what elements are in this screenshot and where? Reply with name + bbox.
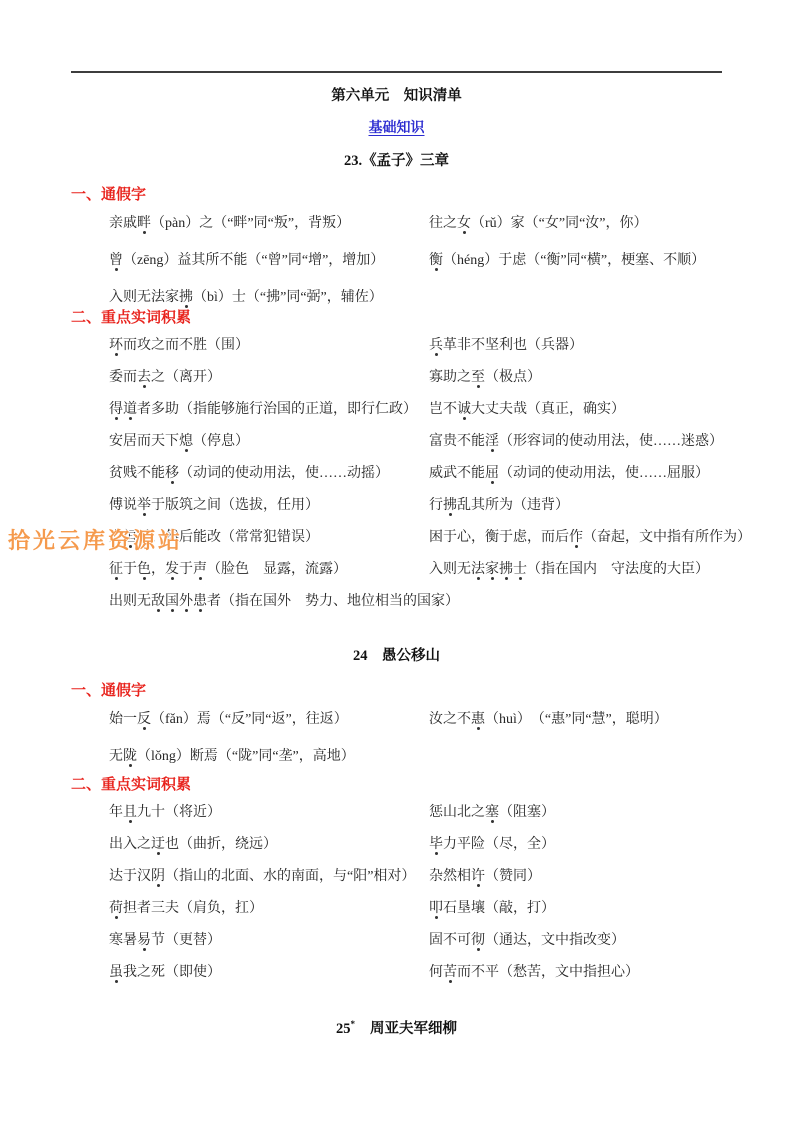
entry-right-text: 惩山北之塞（阻塞） bbox=[429, 803, 555, 823]
entry-row: 征于色，发于声（脸色 显露，流露） 入则无法家拂士（指在国内 守法度的大臣） bbox=[109, 560, 722, 580]
lesson-23-title: 23.《孟子》三章 bbox=[71, 151, 722, 172]
entry-row: 始一反（fǎn）焉（“反”同“返”，往返） 汝之不惠（huì） （“惠”同“慧”… bbox=[109, 710, 722, 730]
entry-row: 出则无敌国外患者（指在国外 势力、地位相当的国家） bbox=[109, 592, 722, 612]
entry-left-text: 出入之迂也（曲折，绕远） bbox=[109, 835, 429, 855]
lesson-24-section-2-entries: 年且九十（将近） 惩山北之塞（阻塞） 出入之迂也（曲折，绕远） 毕力平险（尽，全… bbox=[109, 803, 722, 983]
entry-right-text: 固不可彻（通达，文中指改变） bbox=[429, 931, 625, 951]
document-content: 第六单元 知识清单 基础知识 23.《孟子》三章 一、通假字 亲戚畔（pàn）之… bbox=[0, 0, 793, 1040]
entry-left-text: 入则无法家拂（bì）士（“拂”同“弼”，辅佐） bbox=[109, 288, 429, 308]
lesson-24-title: 24 愚公移山 bbox=[71, 646, 722, 667]
entry-right-text: 毕力平险（尽，全） bbox=[429, 835, 555, 855]
entry-left-text: 出则无敌国外患者（指在国外 势力、地位相当的国家） bbox=[109, 592, 469, 612]
lesson-25-number: 25 bbox=[336, 1021, 351, 1037]
entry-row: 寒暑易节（更替） 固不可彻（通达，文中指改变） bbox=[109, 931, 722, 951]
entry-left-text: 荷担者三夫（肩负，扛） bbox=[109, 899, 429, 919]
document-page: 第六单元 知识清单 基础知识 23.《孟子》三章 一、通假字 亲戚畔（pàn）之… bbox=[0, 0, 793, 1122]
entry-left-text: 征于色，发于声（脸色 显露，流露） bbox=[109, 560, 429, 580]
entry-left-text: 委而去之（离开） bbox=[109, 368, 429, 388]
entry-row: 委而去之（离开） 寡助之至（极点） bbox=[109, 368, 722, 388]
entry-row: 出入之迂也（曲折，绕远） 毕力平险（尽，全） bbox=[109, 835, 722, 855]
entry-left-text: 始一反（fǎn）焉（“反”同“返”，往返） bbox=[109, 710, 429, 730]
entry-left-text: 贫贱不能移（动词的使动用法，使……动摇） bbox=[109, 464, 429, 484]
entry-right-text: 杂然相许（赞同） bbox=[429, 867, 541, 887]
entry-right-text: 行拂乱其所为（违背） bbox=[429, 496, 569, 516]
lesson-23-section-2-entries: 环而攻之而不胜（围） 兵革非不坚利也（兵器） 委而去之（离开） 寡助之至（极点）… bbox=[109, 336, 722, 612]
lesson-24-section-2-heading: 二、重点实词积累 bbox=[71, 775, 722, 795]
entry-row: 环而攻之而不胜（围） 兵革非不坚利也（兵器） bbox=[109, 336, 722, 356]
entry-row: 虽我之死（即使） 何苦而不平（愁苦，文中指担心） bbox=[109, 963, 722, 983]
entry-right-text: 衡（héng）于虑（“衡”同“横”，梗塞、不顺） bbox=[429, 251, 705, 271]
entry-row: 人恒过，然后能改（常常犯错误） 困于心，衡于虑，而后作（奋起，文中指有所作为） bbox=[109, 528, 722, 548]
subtitle-link[interactable]: 基础知识 bbox=[369, 121, 425, 136]
entry-left-text: 安居而天下熄（停息） bbox=[109, 432, 429, 452]
entry-right-text: 叩石垦壤（敲，打） bbox=[429, 899, 555, 919]
header-rule bbox=[71, 71, 722, 73]
lesson-23-section-1-heading: 一、通假字 bbox=[71, 185, 722, 205]
entry-right-text: 往之女（rǔ）家（“女”同“汝”，你） bbox=[429, 214, 648, 234]
entry-row: 荷担者三夫（肩负，扛） 叩石垦壤（敲，打） bbox=[109, 899, 722, 919]
entry-left-text: 虽我之死（即使） bbox=[109, 963, 429, 983]
entry-right-text: 兵革非不坚利也（兵器） bbox=[429, 336, 583, 356]
entry-right-text: 困于心，衡于虑，而后作（奋起，文中指有所作为） bbox=[429, 528, 751, 548]
lesson-24-section-1-entries: 始一反（fǎn）焉（“反”同“返”，往返） 汝之不惠（huì） （“惠”同“慧”… bbox=[109, 710, 722, 767]
lesson-25-name: 周亚夫军细柳 bbox=[370, 1021, 457, 1037]
entry-left-text: 环而攻之而不胜（围） bbox=[109, 336, 429, 356]
lesson-23-section-2-heading: 二、重点实词积累 bbox=[71, 308, 722, 328]
entry-right-text: 富贵不能淫（形容词的使动用法，使……迷惑） bbox=[429, 432, 723, 452]
entry-row: 安居而天下熄（停息） 富贵不能淫（形容词的使动用法，使……迷惑） bbox=[109, 432, 722, 452]
entry-row: 年且九十（将近） 惩山北之塞（阻塞） bbox=[109, 803, 722, 823]
entry-row: 曾（zēng）益其所不能（“曾”同“增”，增加） 衡（héng）于虑（“衡”同“… bbox=[109, 251, 722, 271]
entry-left-text: 得道者多助（指能够施行治国的正道，即行仁政） bbox=[109, 400, 429, 420]
entry-right-text: 威武不能屈（动词的使动用法，使……屈服） bbox=[429, 464, 709, 484]
lesson-23-section-1-entries: 亲戚畔（pàn）之（“畔”同“叛”，背叛） 往之女（rǔ）家（“女”同“汝”，你… bbox=[109, 214, 722, 308]
entry-left-text: 年且九十（将近） bbox=[109, 803, 429, 823]
watermark: 拾光云库资源站 bbox=[8, 524, 183, 555]
entry-row: 傅说举于版筑之间（选拔，任用） 行拂乱其所为（违背） bbox=[109, 496, 722, 516]
entry-row: 得道者多助（指能够施行治国的正道，即行仁政） 岂不诚大丈夫哉（真正，确实） bbox=[109, 400, 722, 420]
entry-left-text: 达于汉阴（指山的北面、水的南面，与“阳”相对） bbox=[109, 867, 429, 887]
entry-right-text: 入则无法家拂士（指在国内 守法度的大臣） bbox=[429, 560, 709, 580]
entry-right-text: 何苦而不平（愁苦，文中指担心） bbox=[429, 963, 639, 983]
entry-left-text: 寒暑易节（更替） bbox=[109, 931, 429, 951]
entry-row: 无陇（lǒng）断焉（“陇”同“垄”，高地） bbox=[109, 747, 722, 767]
entry-left-text: 傅说举于版筑之间（选拔，任用） bbox=[109, 496, 429, 516]
entry-right-text: 汝之不惠（huì） （“惠”同“慧”，聪明） bbox=[429, 710, 668, 730]
subtitle-row: 基础知识 bbox=[71, 119, 722, 139]
entry-left-text: 曾（zēng）益其所不能（“曾”同“增”，增加） bbox=[109, 251, 429, 271]
entry-left-text: 无陇（lǒng）断焉（“陇”同“垄”，高地） bbox=[109, 747, 429, 767]
entry-row: 入则无法家拂（bì）士（“拂”同“弼”，辅佐） bbox=[109, 288, 722, 308]
entry-row: 贫贱不能移（动词的使动用法，使……动摇） 威武不能屈（动词的使动用法，使……屈服… bbox=[109, 464, 722, 484]
entry-row: 达于汉阴（指山的北面、水的南面，与“阳”相对） 杂然相许（赞同） bbox=[109, 867, 722, 887]
entry-row: 亲戚畔（pàn）之（“畔”同“叛”，背叛） 往之女（rǔ）家（“女”同“汝”，你… bbox=[109, 214, 722, 234]
lesson-25-star: * bbox=[351, 1019, 356, 1029]
entry-left-text: 亲戚畔（pàn）之（“畔”同“叛”，背叛） bbox=[109, 214, 429, 234]
page-title: 第六单元 知识清单 bbox=[71, 85, 722, 107]
lesson-24-section-1-heading: 一、通假字 bbox=[71, 681, 722, 701]
entry-right-text: 岂不诚大丈夫哉（真正，确实） bbox=[429, 400, 625, 420]
lesson-25-title: 25*周亚夫军细柳 bbox=[71, 1019, 722, 1040]
entry-right-text: 寡助之至（极点） bbox=[429, 368, 541, 388]
